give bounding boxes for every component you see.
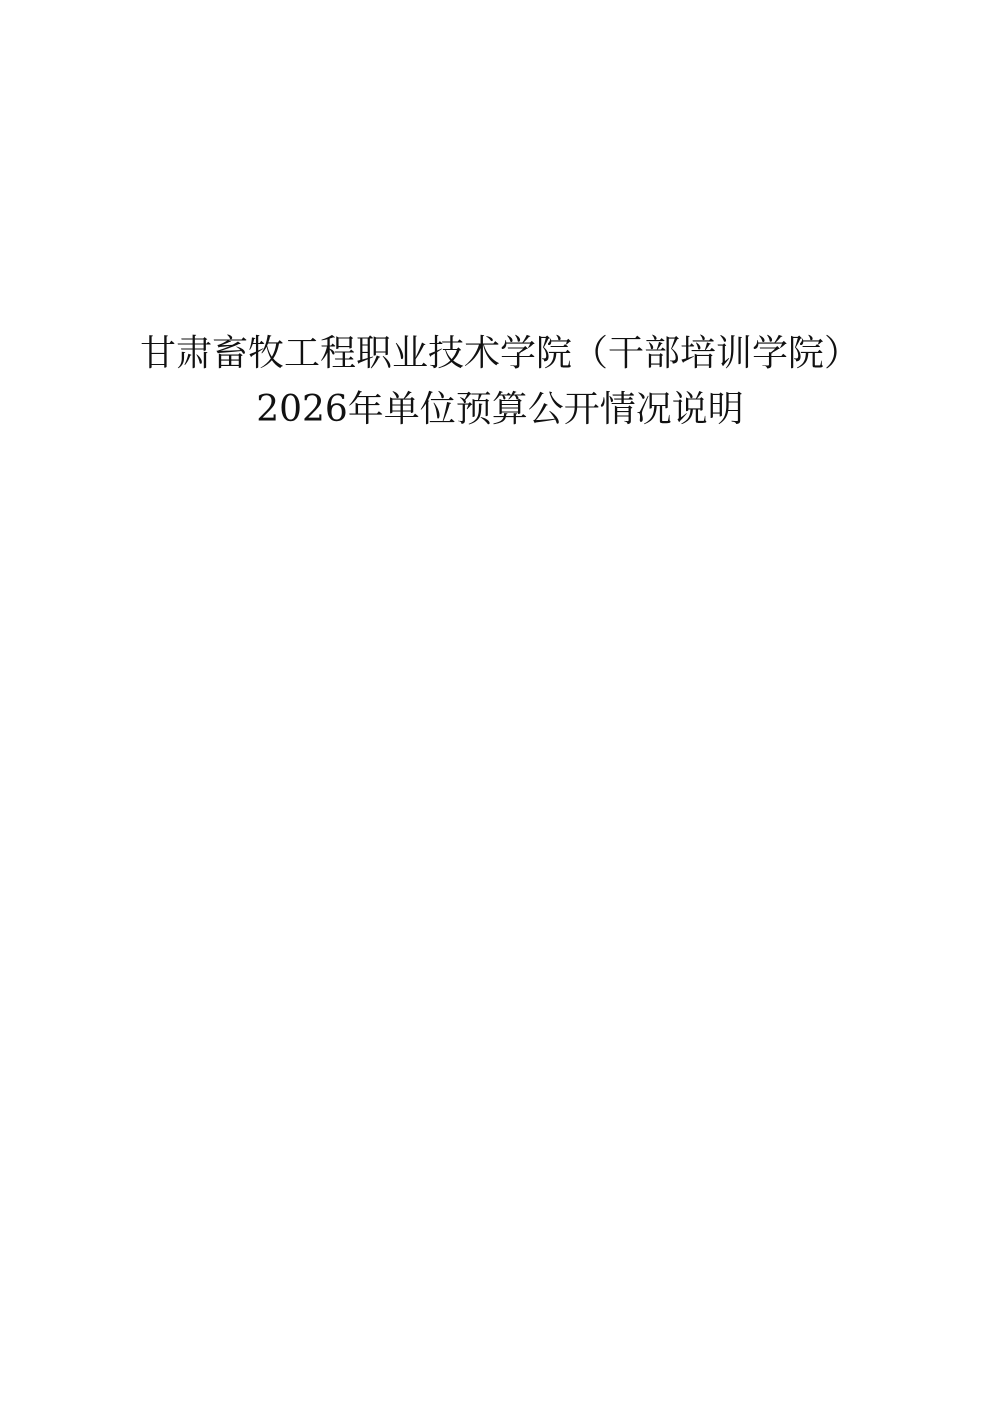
title-line-institution: 甘肃畜牧工程职业技术学院（干部培训学院）	[0, 326, 1000, 382]
title-line-report-name: 2026年单位预算公开情况说明	[0, 382, 1000, 438]
document-title: 甘肃畜牧工程职业技术学院（干部培训学院） 2026年单位预算公开情况说明	[0, 326, 1000, 438]
document-page: 甘肃畜牧工程职业技术学院（干部培训学院） 2026年单位预算公开情况说明	[0, 0, 1000, 1414]
